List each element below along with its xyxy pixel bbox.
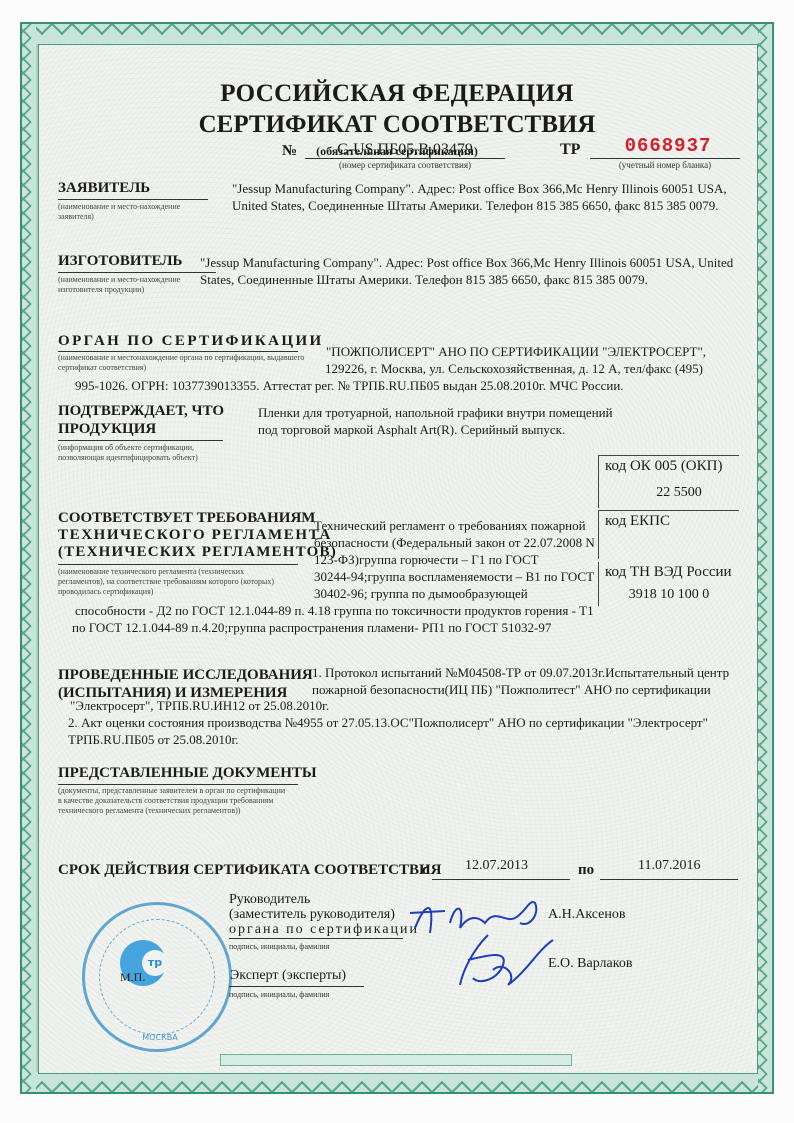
documents-caption: (документы, представленные заявителем в … (58, 786, 288, 816)
tests-line2: пожарной безопасности(ИЦ ПБ) "Пожполитес… (312, 681, 711, 698)
seal-logo-glyph: тр (142, 950, 168, 976)
validity-from-prefix: с (422, 862, 429, 879)
okp-code-value: 22 5500 (599, 485, 739, 501)
certification-body-line1: "ПОЖПОЛИСЕРТ" АНО ПО СЕРТИФИКАЦИИ "ЭЛЕКТ… (326, 343, 706, 360)
tests-line5: ТРПБ.RU.ПБ05 от 25.08.2010г. (68, 731, 239, 748)
applicant-label-rule (58, 199, 208, 200)
border-pattern-bottom (22, 1072, 772, 1092)
border-pattern-left (22, 24, 36, 1092)
ekps-code-label: код ЕКПС (599, 511, 739, 530)
certificate-number: C-US.ПБ05.В.03479 (305, 141, 505, 159)
ekps-code-box: код ЕКПС (598, 510, 739, 559)
product-line1: Пленки для тротуарной, напольной графики… (258, 404, 613, 421)
regulation-caption: (наименование технического регламента (т… (58, 567, 283, 597)
manufacturer-label-rule (58, 272, 216, 273)
border-pattern-right (758, 24, 772, 1092)
certification-body-caption: (наименование и местонахождение органа п… (58, 353, 308, 373)
certification-seal: тр МОСКВА (82, 902, 232, 1052)
number-sign: № (282, 143, 297, 160)
applicant-caption: (наименование и место-нахождение заявите… (58, 202, 208, 222)
certificate-number-caption: (номер сертификата соответствия) (305, 160, 505, 170)
regulation-col-line2: безопасности (Федеральный закон от 22.07… (314, 534, 595, 551)
regulation-label-rule (58, 564, 298, 565)
certification-body-label-rule (58, 351, 298, 352)
okp-code-box: код ОК 005 (ОКП) 22 5500 (598, 455, 739, 508)
validity-to-underline (600, 879, 738, 880)
regulation-col-line3: 123-ФЗ)группа горючести – Г1 по ГОСТ (314, 551, 539, 568)
country-title: РОССИЙСКАЯ ФЕДЕРАЦИЯ (0, 80, 794, 108)
printer-imprint (220, 1054, 572, 1066)
regulation-label-line2: ТЕХНИЧЕСКОГО РЕГЛАМЕНТА (58, 527, 332, 544)
product-label-line2: ПРОДУКЦИЯ (58, 421, 156, 438)
regulation-col-line1: Технический регламент о требованиях пожа… (314, 517, 586, 534)
tnved-code-value: 3918 10 100 0 (599, 587, 739, 603)
seal-label: М.П. (120, 970, 145, 985)
manufacturer-text: "Jessup Manufacturing Company". Адрес: P… (200, 254, 750, 288)
okp-code-label: код ОК 005 (ОКП) (599, 456, 739, 475)
applicant-text: "Jessup Manufacturing Company". Адрес: P… (232, 180, 747, 214)
tp-label: ТР (560, 141, 580, 159)
regulation-col-line4: 30244-94;группа воспламеняемости – В1 по… (314, 568, 594, 585)
expert-caption: подпись, инициалы, фамилия (229, 990, 329, 999)
certification-body-label: ОРГАН ПО СЕРТИФИКАЦИИ (58, 333, 324, 350)
head-line2: (заместитель руководителя) (229, 907, 419, 922)
blank-number-underline (590, 158, 740, 159)
head-caption: подпись, инициалы, фамилия (229, 942, 329, 951)
regulation-wide-line2: по ГОСТ 12.1.044-89 п.4.20;группа распро… (72, 619, 551, 636)
product-label-rule (58, 440, 223, 441)
head-signature-rule (229, 938, 403, 939)
head-line1: Руководитель (229, 892, 419, 907)
regulation-label-line1: СООТВЕТСТВУЕТ ТРЕБОВАНИЯМ (58, 510, 315, 527)
validity-to-prefix: по (578, 862, 594, 879)
validity-to-date: 11.07.2016 (638, 858, 700, 874)
tests-line3: "Электросерт", ТРПБ.RU.ИН12 от 25.08.201… (70, 697, 329, 714)
regulation-wide-line1: способности - Д2 по ГОСТ 12.1.044-89 п. … (75, 602, 594, 619)
documents-label: ПРЕДСТАВЛЕННЫЕ ДОКУМЕНТЫ (58, 765, 317, 782)
validity-from-date: 12.07.2013 (465, 858, 528, 874)
manufacturer-caption: (наименование и место-нахождение изготов… (58, 275, 190, 295)
validity-from-underline (432, 879, 570, 880)
certification-body-line2: 129226, г. Москва, ул. Сельскохозяйствен… (325, 360, 703, 377)
expert-name: Е.О. Варлаков (548, 956, 632, 972)
validity-label: СРОК ДЕЙСТВИЯ СЕРТИФИКАТА СООТВЕТСТВИЯ (58, 862, 441, 879)
seal-city-text: МОСКВА (85, 1033, 235, 1042)
documents-label-rule (58, 784, 298, 785)
regulation-label-line3: (ТЕХНИЧЕСКИХ РЕГЛАМЕНТОВ) (58, 544, 337, 561)
regulation-col-line5: 30402-96; группа по дымообразующей (314, 585, 528, 602)
product-label-line1: ПОДТВЕРЖДАЕТ, ЧТО (58, 403, 224, 420)
tests-label-line1: ПРОВЕДЕННЫЕ ИССЛЕДОВАНИЯ (58, 667, 313, 684)
expert-signature (448, 930, 558, 995)
applicant-label: ЗАЯВИТЕЛЬ (58, 180, 150, 197)
product-line2: под торговой маркой Asphalt Art(R). Сери… (258, 421, 565, 438)
head-title: Руководитель (заместитель руководителя) … (229, 892, 419, 937)
expert-signature-rule (229, 986, 364, 987)
manufacturer-label: ИЗГОТОВИТЕЛЬ (58, 253, 182, 270)
product-caption: (информация об объекте сертификации, поз… (58, 443, 228, 463)
border-pattern-top (22, 24, 772, 44)
tests-line4: 2. Акт оценки состояния производства №49… (68, 714, 708, 731)
blank-number: 0668937 (598, 135, 738, 157)
tnved-code-box: код ТН ВЭД России 3918 10 100 0 (598, 562, 739, 606)
certification-body-line3: 995-1026. ОГРН: 1037739013355. Аттестат … (75, 377, 624, 394)
head-line3: органа по сертификации (229, 922, 419, 937)
head-name: А.Н.Аксенов (548, 907, 626, 923)
tnved-code-label: код ТН ВЭД России (599, 562, 739, 581)
tests-line1: 1. Протокол испытаний №М04508-ТР от 09.0… (312, 664, 729, 681)
expert-label: Эксперт (эксперты) (230, 968, 346, 984)
blank-number-caption: (учетный номер бланка) (590, 160, 740, 170)
